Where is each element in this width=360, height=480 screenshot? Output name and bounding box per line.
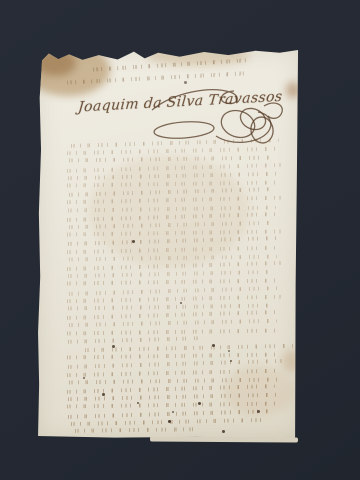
manuscript-page: Joaquim da Silva Travassos (34, 46, 304, 444)
handwriting-line (64, 147, 279, 156)
handwriting-line (65, 304, 271, 311)
handwriting-line (64, 279, 279, 286)
handwriting-line (66, 286, 279, 296)
handwriting-line (66, 319, 277, 327)
ink-spot (102, 393, 105, 396)
ink-spot (83, 377, 85, 379)
ink-spot (184, 81, 187, 84)
stain (36, 50, 76, 76)
handwriting-line (72, 427, 201, 433)
handwriting-line (64, 295, 282, 304)
handwriting-line (64, 353, 279, 360)
handwriting-line (65, 336, 203, 344)
handwriting-line (65, 409, 274, 419)
ink-spot (132, 240, 135, 243)
ink-spot (198, 402, 201, 405)
ink-spot (257, 410, 260, 413)
handwriting-line (65, 270, 274, 278)
ink-spot (172, 411, 174, 413)
ink-spot (228, 350, 230, 352)
handwriting-line (64, 328, 277, 335)
photo-backdrop: Joaquim da Silva Travassos (0, 0, 360, 480)
ink-spot (180, 302, 182, 304)
ink-spot (112, 345, 115, 348)
ink-spot (212, 344, 215, 347)
ink-spot (230, 360, 232, 362)
stain (282, 350, 300, 372)
ink-spot (137, 402, 139, 404)
ink-spot (222, 430, 225, 433)
ink-spot (168, 420, 171, 423)
